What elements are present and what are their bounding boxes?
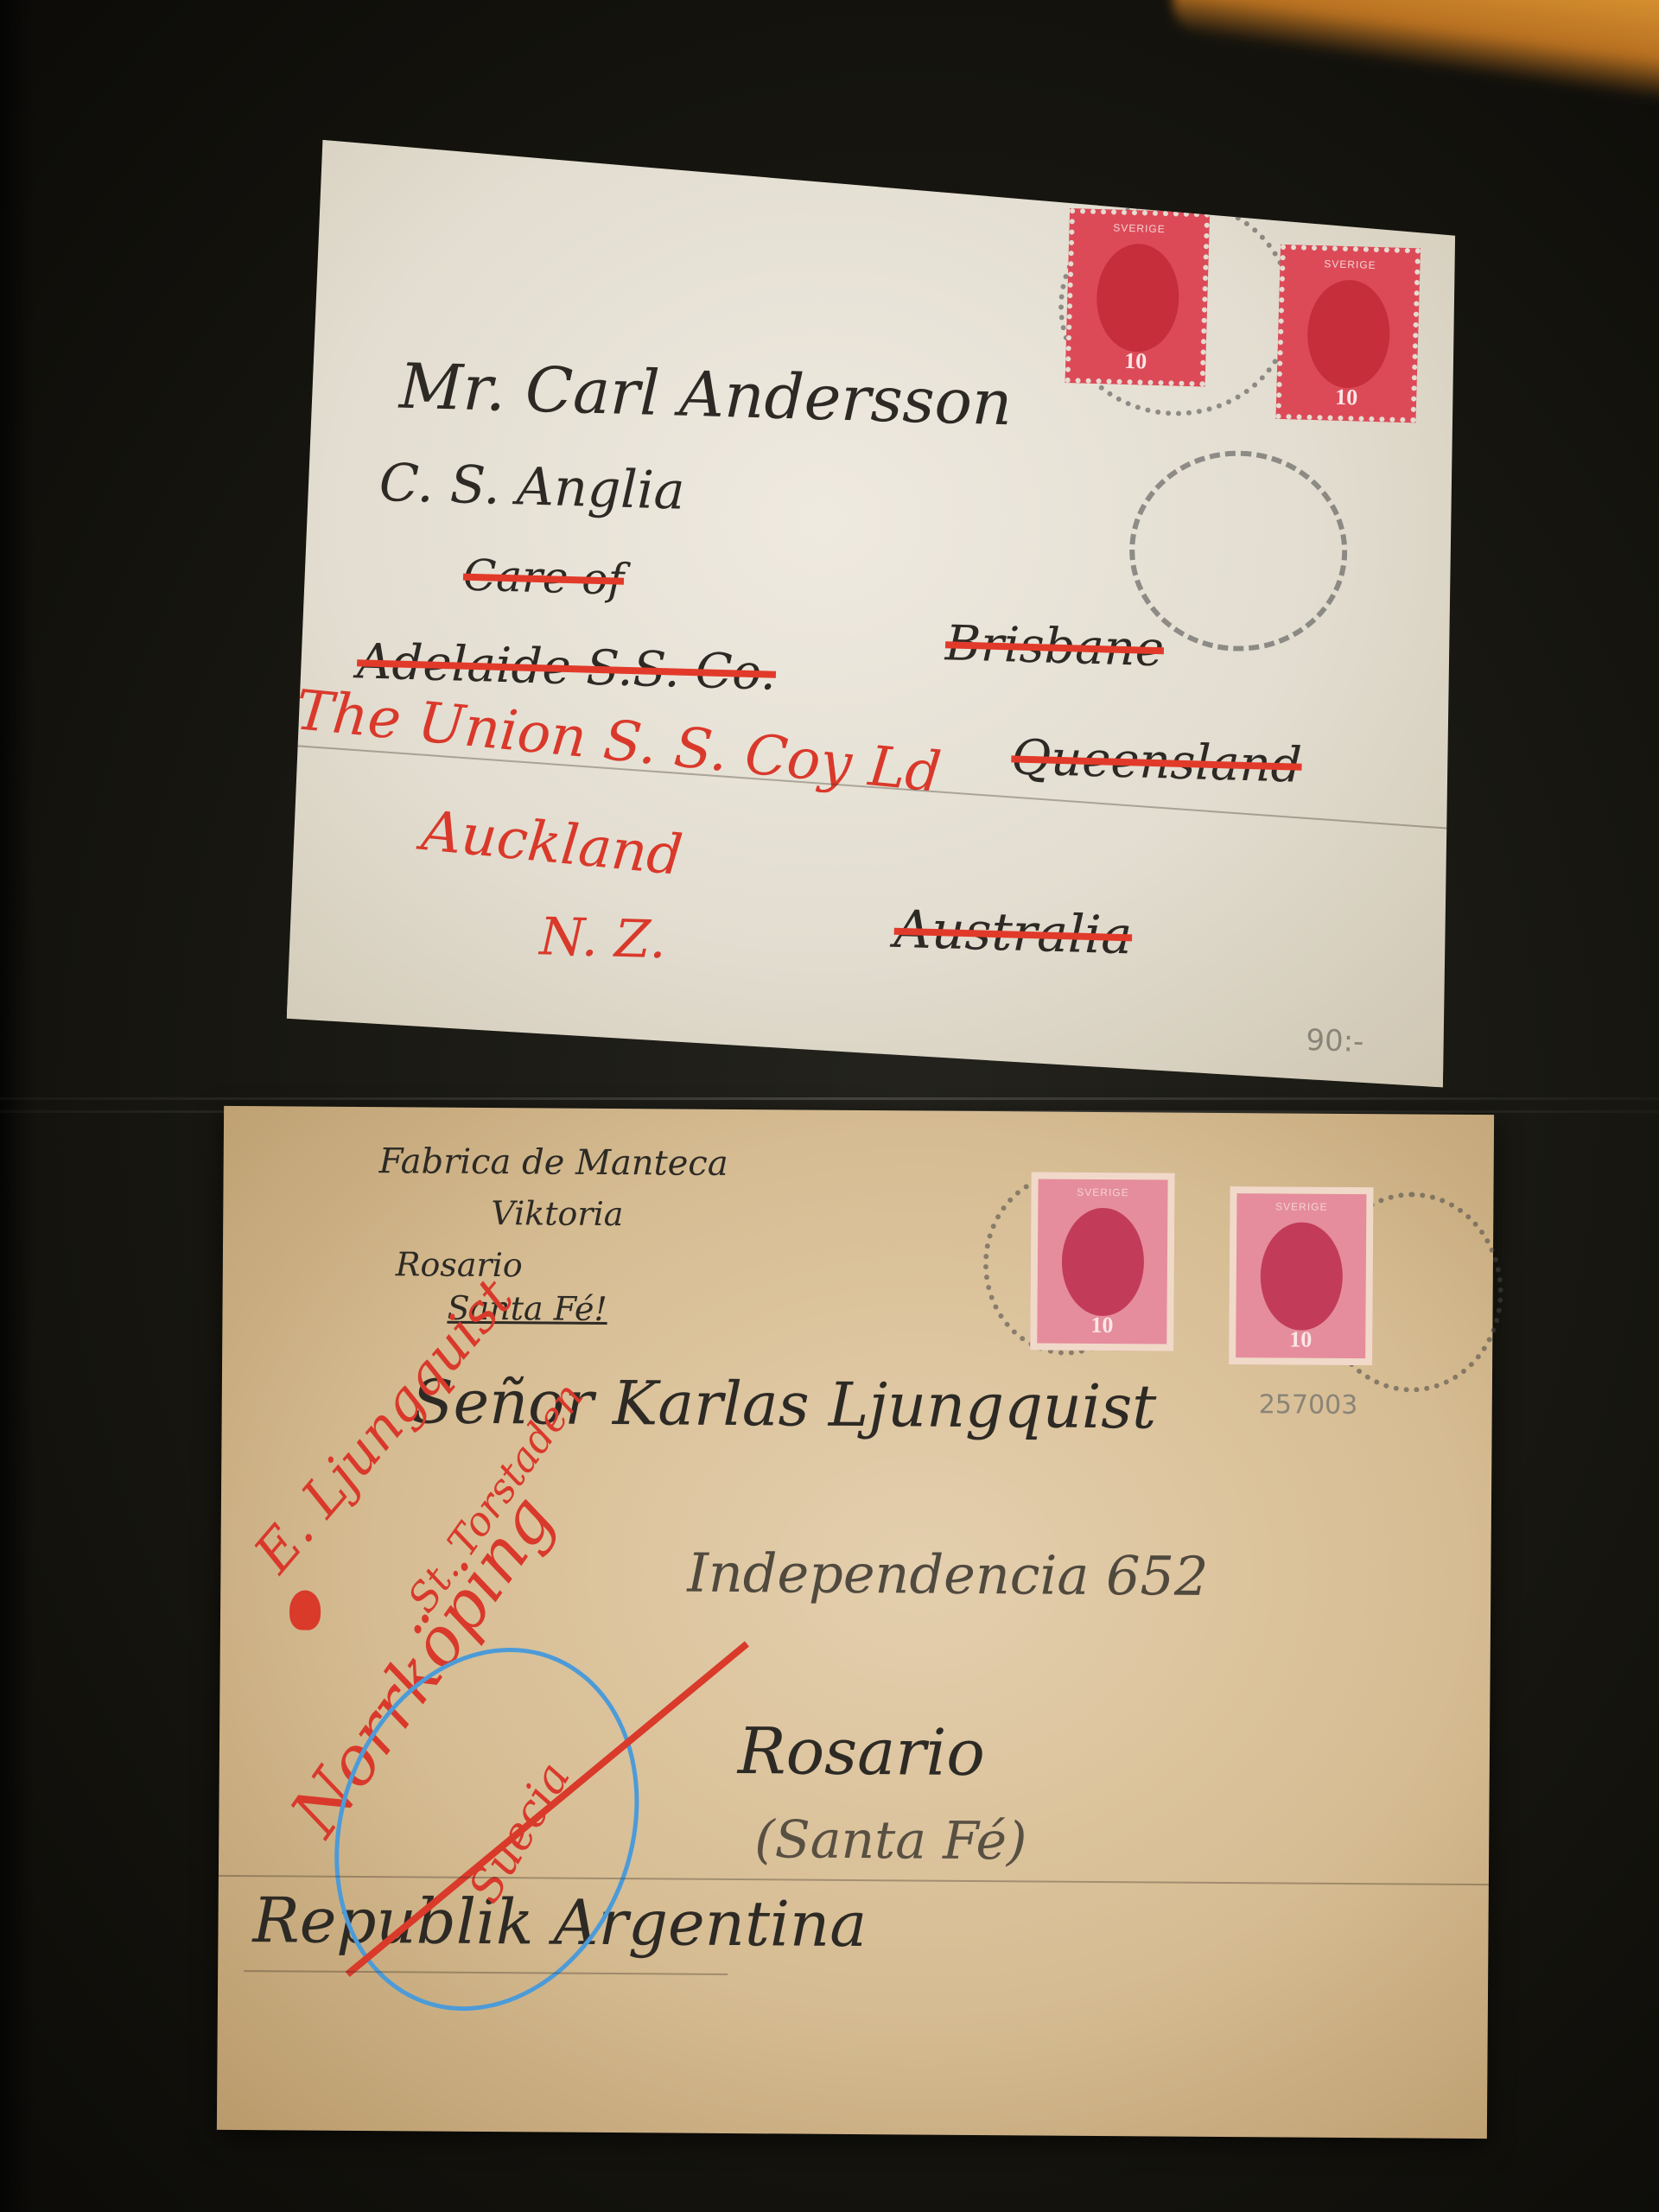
sender-note-line1: Fabrica de Manteca <box>379 1141 728 1184</box>
pencil-reference-number: 257003 <box>1259 1389 1358 1421</box>
pencil-price-note: 90:- <box>1306 1023 1364 1059</box>
redirect-city: Auckland <box>419 799 686 888</box>
stamp-portrait <box>1095 242 1179 353</box>
address-struck-country: Australia <box>893 899 1133 967</box>
stamp-bottom-left: SVERIGE 10 <box>1030 1172 1174 1351</box>
address-struck-care-of: Care of <box>462 550 625 605</box>
album-edge-shadow <box>0 0 35 2212</box>
stamp-country-label: SVERIGE <box>1285 257 1414 272</box>
stamp-denomination: 10 <box>1281 383 1412 412</box>
stamp-denomination: 10 <box>1071 346 1201 376</box>
envelope-bottom-cover: SVERIGE 10 SVERIGE 10 257003 Fabrica de … <box>217 1106 1494 2139</box>
red-ink-blot <box>289 1590 321 1630</box>
address-city: Rosario <box>738 1714 986 1790</box>
background-light-glare <box>1168 0 1659 105</box>
blue-crayon-circle <box>284 1604 690 2055</box>
stamp-top-left: SVERIGE 10 <box>1065 208 1211 386</box>
address-street: Independencia 652 <box>687 1541 1208 1608</box>
envelope-top-cover: SVERIGE 10 SVERIGE 10 Mr. Carl Andersson… <box>285 139 1468 1087</box>
stamp-bottom-right: SVERIGE 10 <box>1229 1186 1373 1365</box>
address-recipient-name: Mr. Carl Andersson <box>398 349 1014 439</box>
sender-note-line3: Rosario <box>396 1245 523 1284</box>
sender-note-line2: Viktoria <box>491 1194 623 1233</box>
stamp-portrait <box>1061 1207 1144 1316</box>
address-struck-city: Brisbane <box>944 615 1165 677</box>
stamp-top-right: SVERIGE 10 <box>1275 245 1421 423</box>
address-province: (Santa Fé) <box>754 1809 1027 1872</box>
stamp-denomination: 10 <box>1236 1326 1365 1353</box>
stamp-denomination: 10 <box>1037 1312 1166 1338</box>
stamp-country-label: SVERIGE <box>1236 1200 1366 1213</box>
address-ship-name: C. S. Anglia <box>378 453 685 522</box>
stamp-portrait <box>1260 1222 1343 1331</box>
address-struck-state: Queensland <box>1010 729 1302 793</box>
stamp-country-label: SVERIGE <box>1038 1185 1167 1198</box>
stamp-country-label: SVERIGE <box>1074 220 1204 236</box>
album-strip-divider <box>0 1097 1659 1100</box>
redirect-company: The Union S. S. Coy Ld <box>293 678 944 805</box>
stamp-portrait <box>1306 278 1390 389</box>
redirect-country: N. Z. <box>538 906 666 970</box>
